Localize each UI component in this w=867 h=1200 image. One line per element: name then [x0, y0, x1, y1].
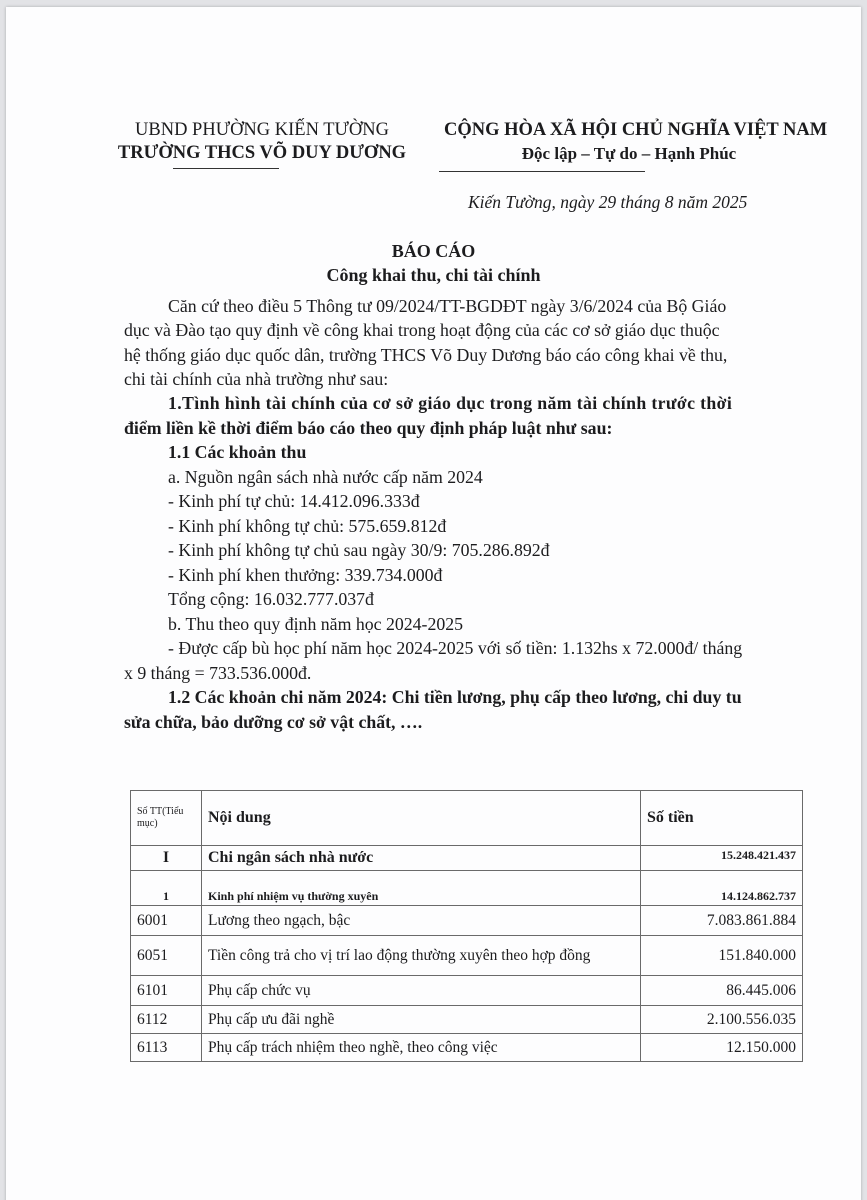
section1-heading: 1.Tình hình tài chính của cơ sở giáo dục… [168, 391, 732, 416]
nation-title: CỘNG HÒA XÃ HỘI CHỦ NGHĨA VIỆT NAM [444, 119, 814, 142]
col-header-amount: Số tiền [641, 791, 803, 846]
document-page: UBND PHƯỜNG KIẾN TƯỜNG TRƯỜNG THCS VÕ DU… [6, 7, 861, 1200]
section1-2-heading: 1.2 Các khoản chi năm 2024: Chi tiền lươ… [168, 685, 742, 710]
row-content: Phụ cấp ưu đãi nghề [202, 1006, 641, 1034]
national-header: CỘNG HÒA XÃ HỘI CHỦ NGHĨA VIỆT NAM Độc l… [444, 119, 814, 165]
table-row: 6101 Phụ cấp chức vụ 86.445.006 [131, 976, 803, 1006]
part-b-heading: b. Thu theo quy định năm học 2024-2025 [168, 612, 463, 637]
table-row: I Chi ngân sách nhà nước 15.248.421.437 [131, 846, 803, 871]
title-sub: Công khai thu, chi tài chính [6, 263, 861, 287]
row-code: 6001 [131, 906, 202, 936]
issuer-block: UBND PHƯỜNG KIẾN TƯỜNG TRƯỜNG THCS VÕ DU… [102, 119, 422, 165]
document-title: BÁO CÁO Công khai thu, chi tài chính [6, 239, 861, 287]
table-header-row: Số TT(Tiểu mục) Nội dung Số tiền [131, 791, 803, 846]
part-a-heading: a. Nguồn ngân sách nhà nước cấp năm 2024 [168, 465, 483, 490]
row-amount: 15.248.421.437 [641, 846, 803, 871]
row-code: I [131, 846, 202, 871]
table-row: 6051 Tiền công trả cho vị trí lao động t… [131, 936, 803, 976]
intro-line: dục và Đào tạo quy định về công khai tro… [124, 318, 720, 343]
table-row: 1 Kinh phí nhiệm vụ thường xuyên 14.124.… [131, 871, 803, 906]
income-item: - Kinh phí không tự chủ sau ngày 30/9: 7… [168, 538, 550, 563]
part-b-line: - Được cấp bù học phí năm học 2024-2025 … [168, 636, 742, 661]
row-code: 6051 [131, 936, 202, 976]
row-content: Kinh phí nhiệm vụ thường xuyên [202, 871, 641, 906]
org-parent: UBND PHƯỜNG KIẾN TƯỜNG [102, 119, 422, 142]
row-code: 1 [131, 871, 202, 906]
intro-line: chi tài chính của nhà trường như sau: [124, 367, 388, 392]
row-amount: 12.150.000 [641, 1034, 803, 1062]
row-content: Chi ngân sách nhà nước [202, 846, 641, 871]
row-content: Phụ cấp chức vụ [202, 976, 641, 1006]
org-name: TRƯỜNG THCS VÕ DUY DƯƠNG [102, 142, 422, 165]
table-row: 6001 Lương theo ngạch, bậc 7.083.861.884 [131, 906, 803, 936]
section1-2-heading: sửa chữa, bảo dưỡng cơ sở vật chất, …. [124, 710, 422, 735]
row-amount: 14.124.862.737 [641, 871, 803, 906]
row-amount: 7.083.861.884 [641, 906, 803, 936]
row-code: 6113 [131, 1034, 202, 1062]
income-item: - Kinh phí khen thưởng: 339.734.000đ [168, 563, 442, 588]
section1-1-heading: 1.1 Các khoản thu [168, 440, 306, 465]
table-row: 6112 Phụ cấp ưu đãi nghề 2.100.556.035 [131, 1006, 803, 1034]
issuer-underline [173, 168, 279, 169]
motto-underline [439, 171, 645, 172]
row-amount: 2.100.556.035 [641, 1006, 803, 1034]
place-date: Kiến Tường, ngày 29 tháng 8 năm 2025 [468, 192, 747, 213]
col-header-content: Nội dung [202, 791, 641, 846]
row-amount: 86.445.006 [641, 976, 803, 1006]
income-total: Tổng cộng: 16.032.777.037đ [168, 587, 374, 612]
row-content: Lương theo ngạch, bậc [202, 906, 641, 936]
section1-heading: điểm liền kề thời điểm báo cáo theo quy … [124, 416, 612, 441]
intro-line: Căn cứ theo điều 5 Thông tư 09/2024/TT-B… [168, 294, 726, 319]
income-item: - Kinh phí tự chủ: 14.412.096.333đ [168, 489, 420, 514]
row-code: 6112 [131, 1006, 202, 1034]
title-main: BÁO CÁO [6, 239, 861, 263]
row-code: 6101 [131, 976, 202, 1006]
row-content: Tiền công trả cho vị trí lao động thường… [202, 936, 641, 976]
expenditure-table: Số TT(Tiểu mục) Nội dung Số tiền I Chi n… [130, 790, 803, 1062]
income-item: - Kinh phí không tự chủ: 575.659.812đ [168, 514, 446, 539]
intro-line: hệ thống giáo dục quốc dân, trường THCS … [124, 343, 727, 368]
table-row: 6113 Phụ cấp trách nhiệm theo nghề, theo… [131, 1034, 803, 1062]
row-amount: 151.840.000 [641, 936, 803, 976]
part-b-line: x 9 tháng = 733.536.000đ. [124, 661, 311, 686]
row-content: Phụ cấp trách nhiệm theo nghề, theo công… [202, 1034, 641, 1062]
national-motto: Độc lập – Tự do – Hạnh Phúc [444, 142, 814, 165]
col-header-code: Số TT(Tiểu mục) [131, 791, 202, 846]
